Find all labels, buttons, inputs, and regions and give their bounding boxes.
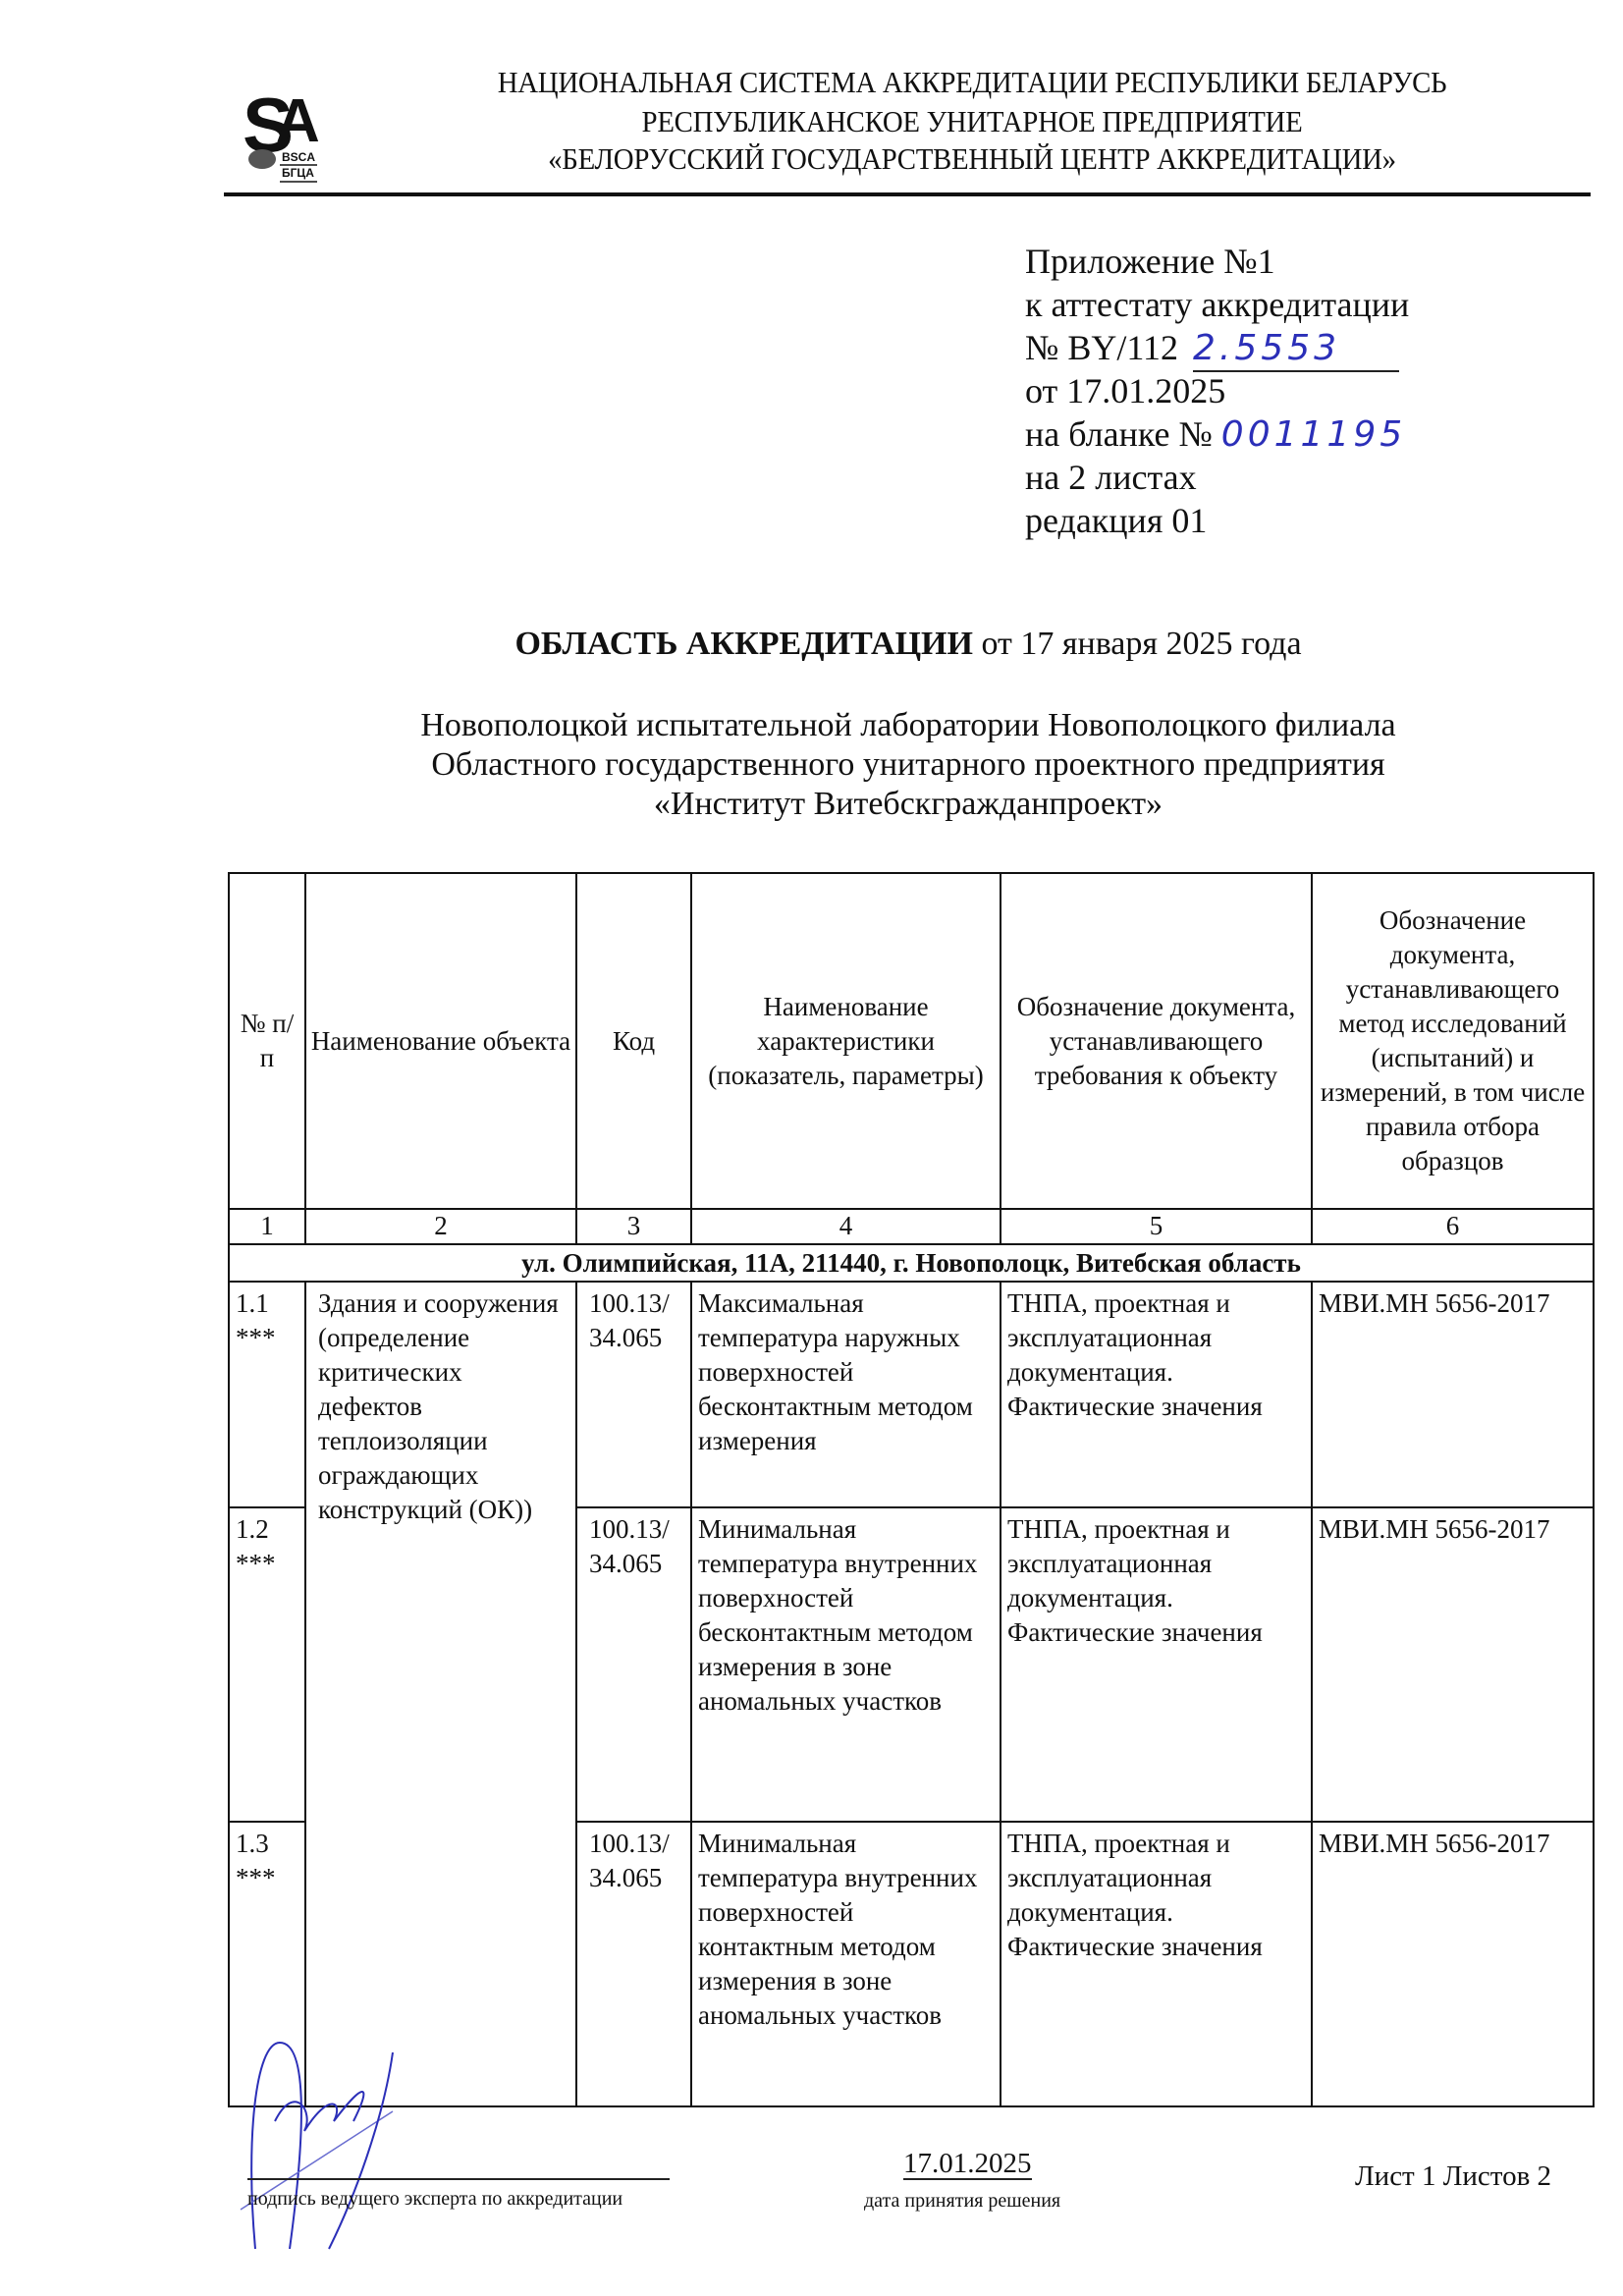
header-divider (224, 192, 1591, 196)
method-doc: МВИ.МН 5656-2017 (1312, 1822, 1594, 2106)
certificate-prefix: № BY/112 (1025, 328, 1178, 367)
code: 100.13/ 34.065 (576, 1822, 691, 2106)
signature-line (247, 2178, 670, 2180)
method-doc: МВИ.МН 5656-2017 (1312, 1282, 1594, 1507)
characteristic: Минимальная температура внутренних повер… (691, 1822, 1001, 2106)
requirement-doc: ТНПА, проектная и эксплуатационная докум… (1001, 1822, 1312, 2106)
organization-line-2: Областного государственного унитарного п… (226, 746, 1591, 784)
column-number: 1 (229, 1209, 305, 1244)
header-cell: Наименование характеристики (показатель,… (691, 873, 1001, 1209)
sheet-count: на 2 листах (1025, 456, 1197, 499)
header-cell: № п/п (229, 873, 305, 1209)
accreditation-scope-table: № п/п Наименование объекта Код Наименова… (228, 872, 1595, 2107)
address-row: ул. Олимпийская, 11А, 211440, г. Новопол… (229, 1244, 1594, 1282)
blank-number-handwritten: 0011195 (1221, 414, 1406, 455)
decision-date-label: дата принятия решения (864, 2190, 1060, 2213)
characteristic: Максимальная температура наружных поверх… (691, 1282, 1001, 1507)
column-number: 3 (576, 1209, 691, 1244)
column-number-row: 1 2 3 4 5 6 (229, 1209, 1594, 1244)
requirement-doc: ТНПА, проектная и эксплуатационная докум… (1001, 1282, 1312, 1507)
appendix-to-certificate: к аттестату аккредитации (1025, 283, 1409, 326)
decision-date: 17.01.2025 (903, 2149, 1032, 2180)
code: 100.13/ 34.065 (576, 1282, 691, 1507)
header-line-2: РЕСПУБЛИКАНСКОЕ УНИТАРНОЕ ПРЕДПРИЯТИЕ (415, 104, 1530, 139)
appendix-title: Приложение №1 (1025, 240, 1275, 283)
header-cell: Обозначение документа, устанавливающего … (1312, 873, 1594, 1209)
blank-number-line: на бланке № 0011195 (1025, 412, 1406, 457)
header-line-1: НАЦИОНАЛЬНАЯ СИСТЕМА АККРЕДИТАЦИИ РЕСПУБ… (415, 65, 1530, 100)
signature-label: подпись ведущего эксперта по аккредитаци… (247, 2188, 622, 2211)
document-title: ОБЛАСТЬ АККРЕДИТАЦИИ от 17 января 2025 г… (226, 626, 1591, 663)
code: 100.13/ 34.065 (576, 1507, 691, 1822)
svg-text:BSCA: BSCA (282, 150, 315, 164)
table-header-row: № п/п Наименование объекта Код Наименова… (229, 873, 1594, 1209)
title-date: от 17 января 2025 года (973, 626, 1302, 662)
address: ул. Олимпийская, 11А, 211440, г. Новопол… (229, 1244, 1594, 1282)
svg-text:A: A (276, 87, 319, 155)
characteristic: Минимальная температура внутренних повер… (691, 1507, 1001, 1822)
blank-prefix: на бланке № (1025, 414, 1213, 454)
title-bold: ОБЛАСТЬ АККРЕДИТАЦИИ (514, 626, 973, 662)
method-doc: МВИ.МН 5656-2017 (1312, 1507, 1594, 1822)
header-cell: Наименование объекта (305, 873, 576, 1209)
column-number: 5 (1001, 1209, 1312, 1244)
certificate-number-line: № BY/112 2.5553 (1025, 326, 1399, 372)
object-name: Здания и сооружения (определение критиче… (305, 1282, 576, 2106)
svg-text:БГЦА: БГЦА (282, 166, 314, 180)
header-line-3: «БЕЛОРУССКИЙ ГОСУДАРСТВЕННЫЙ ЦЕНТР АККРЕ… (415, 141, 1530, 177)
certificate-number-handwritten: 2.5553 (1193, 328, 1340, 368)
column-number: 6 (1312, 1209, 1594, 1244)
certificate-date: от 17.01.2025 (1025, 369, 1225, 412)
column-number: 2 (305, 1209, 576, 1244)
sheet-info: Лист 1 Листов 2 (1355, 2160, 1551, 2193)
row-number: 1.2*** (229, 1507, 305, 1822)
column-number: 4 (691, 1209, 1001, 1244)
header-cell: Код (576, 873, 691, 1209)
table-row: 1.1*** Здания и сооружения (определение … (229, 1282, 1594, 1507)
row-number: 1.1*** (229, 1282, 305, 1507)
bsca-logo-icon: S A BSCA БГЦА (241, 81, 319, 185)
header-cell: Обозначение документа, устанавливающего … (1001, 873, 1312, 1209)
requirement-doc: ТНПА, проектная и эксплуатационная докум… (1001, 1507, 1312, 1822)
revision: редакция 01 (1025, 499, 1207, 542)
organization-line-3: «Институт Витебскгражданпроект» (226, 786, 1591, 823)
organization-line-1: Новополоцкой испытательной лаборатории Н… (226, 707, 1591, 744)
signature-icon (236, 2023, 491, 2259)
